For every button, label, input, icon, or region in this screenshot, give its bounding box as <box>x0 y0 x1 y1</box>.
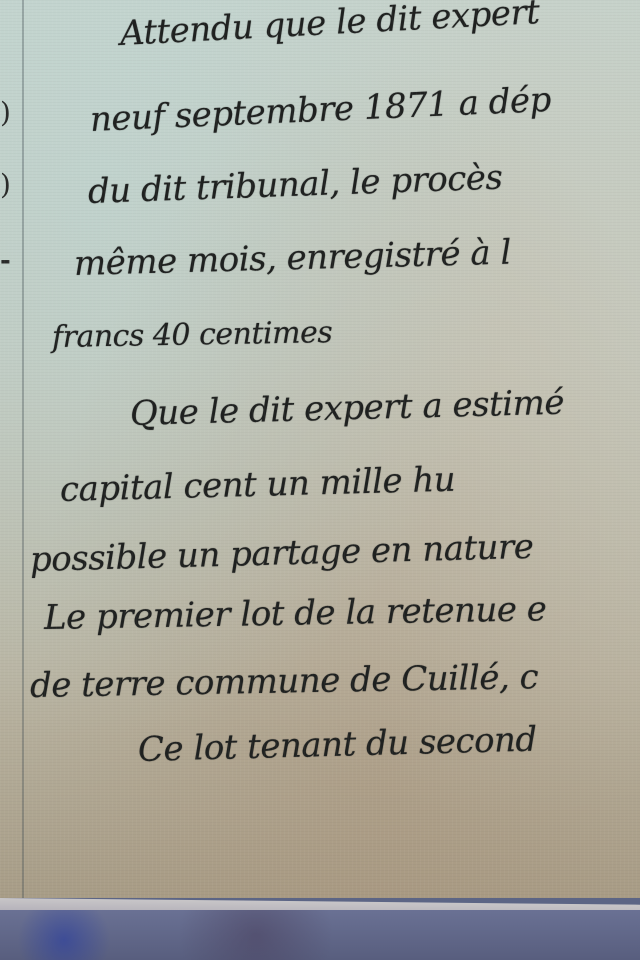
document-page: ) ) - Attendu que le dit expert neuf sep… <box>0 0 640 898</box>
handwritten-line-9: Le premier lot de la retenue e <box>44 589 547 638</box>
handwritten-line-5: francs 40 centimes <box>52 315 333 355</box>
handwritten-line-10: de terre commune de Cuillé, c <box>30 657 539 706</box>
handwritten-line-7: capital cent un mille hu <box>59 460 455 510</box>
table-surface-background <box>0 910 640 960</box>
handwritten-line-6: Que le dit expert a estimé <box>129 383 564 434</box>
margin-mark: - <box>0 246 11 276</box>
handwritten-line-8: possible un partage en nature <box>29 527 533 580</box>
handwritten-line-11: Ce lot tenant du second <box>137 720 537 770</box>
handwritten-line-1: Attendu que le dit expert <box>119 0 540 54</box>
handwritten-line-4: même mois, enregistré à l <box>73 233 511 284</box>
handwritten-line-3: du dit tribunal, le procès <box>87 158 503 212</box>
margin-rule <box>22 0 24 898</box>
margin-mark: ) <box>0 168 11 201</box>
handwritten-line-2: neuf septembre 1871 a dép <box>89 80 551 140</box>
margin-mark: ) <box>0 96 11 129</box>
